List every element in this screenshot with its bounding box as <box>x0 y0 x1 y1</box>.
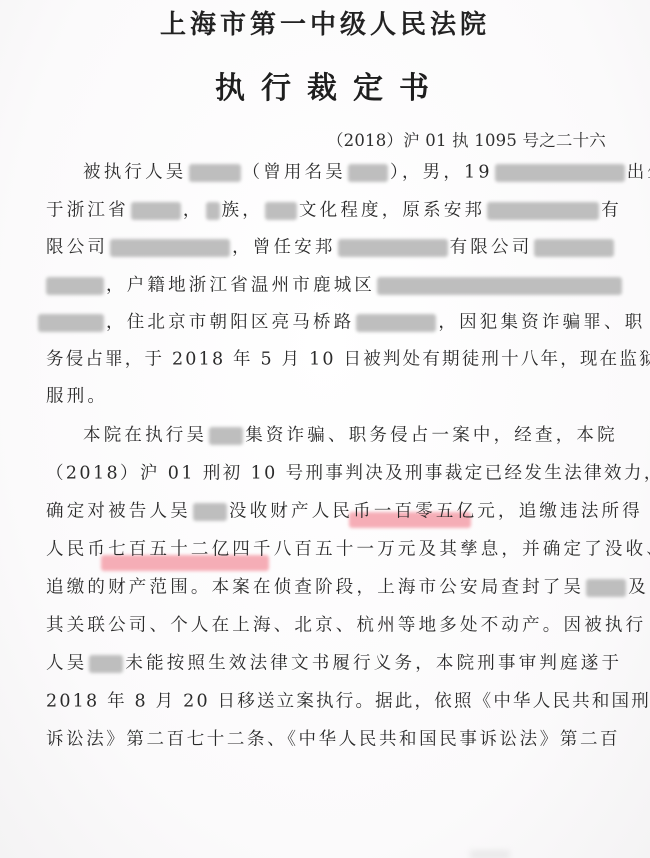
scan-smudge <box>470 850 510 858</box>
text-segment: ，住北京市朝阳区亮马桥路 <box>106 313 354 333</box>
body-line: 被执行人吴（曾用名吴），男，19出生 <box>46 157 612 187</box>
body-line: 其关联公司、个人在上海、北京、杭州等地多处不动产。因被执行 <box>46 610 612 640</box>
text-segment: 限公司 <box>46 238 108 258</box>
case-number: （2018）沪 01 执 1095 号之二十六 <box>306 127 606 151</box>
body-line: 务侵占罪，于 2018 年 5 月 10 日被判处有期徒刑十八年，现在监狱 <box>46 344 612 374</box>
text-segment: （曾用名吴 <box>243 163 347 183</box>
redaction-block <box>377 277 622 295</box>
text-segment: 人民币 <box>46 540 108 560</box>
redaction-block <box>189 164 241 182</box>
body-line: 诉讼法》第二百七十二条、《中华人民共和国民事诉讼法》第二百 <box>46 724 612 754</box>
text-segment: 人吴 <box>46 654 87 674</box>
text-segment: 追缴的财产范围。本案在侦查阶段，上海市公安局查封了吴 <box>46 578 584 598</box>
text-segment: 文化程度，原系安邦 <box>299 201 485 221</box>
text-segment: 有 <box>601 201 622 221</box>
redaction-block <box>534 239 614 257</box>
text-segment: 集资诈骗、职务侵占一案中，经查，本院 <box>245 426 618 446</box>
text-segment: 务侵占罪，于 2018 年 5 月 10 日被判处有期徒刑十八年，现在监狱 <box>46 350 650 370</box>
text-segment: （2018）沪 01 刑初 10 号刑事判决及刑事裁定已经发生法律效力， <box>46 464 650 484</box>
court-name: 上海市第一中级人民法院 <box>0 4 650 41</box>
text-segment: 其关联公司、个人在上海、北京、杭州等地多处不动产。因被执行 <box>46 616 646 636</box>
text-segment: ， <box>183 201 204 221</box>
body-line: 确定对被告人吴没收财产人民币一百零五亿元，追缴违法所得 <box>46 496 612 526</box>
text-segment: 被执行人吴 <box>83 163 187 183</box>
highlighted-amount-illegal-gains: 七百五十二亿四千八 <box>108 540 294 560</box>
text-segment: 诉讼法》第二百七十二条、《中华人民共和国民事诉讼法》第二百 <box>46 730 620 750</box>
text-segment: 及 <box>628 578 649 598</box>
redaction-block <box>586 579 626 597</box>
redaction-block <box>356 314 436 332</box>
body-line: 追缴的财产范围。本案在侦查阶段，上海市公安局查封了吴及 <box>46 572 612 602</box>
redaction-block <box>193 503 227 521</box>
redaction-block <box>348 164 388 182</box>
document-page: 上海市第一中级人民法院 执行裁定书 （2018）沪 01 执 1095 号之二十… <box>0 0 650 858</box>
text-segment: 有限公司 <box>450 238 533 258</box>
document-title: 执行裁定书 <box>0 63 650 107</box>
body-line: 限公司，曾任安邦有限公司 <box>46 232 612 262</box>
redaction-block <box>206 202 220 220</box>
text-segment: 于浙江省 <box>46 201 129 221</box>
body-line: 人民币七百五十二亿四千八百五十一万元及其孳息，并确定了没收、 <box>46 534 612 564</box>
redaction-block <box>110 239 230 257</box>
body-line: 本院在执行吴集资诈骗、职务侵占一案中，经查，本院 <box>46 420 612 450</box>
text-segment: 确定对被告人吴 <box>46 502 191 522</box>
body-line: 于浙江省，族，文化程度，原系安邦有 <box>46 195 612 225</box>
body-line: 人吴未能按照生效法律文书履行义务，本院刑事审判庭遂于 <box>46 648 612 678</box>
body-line: ，户籍地浙江省温州市鹿城区 <box>46 270 612 300</box>
redaction-block <box>131 202 181 220</box>
redaction-block <box>46 277 104 295</box>
text-segment: 族， <box>222 201 263 221</box>
text-segment: ，因犯集资诈骗罪、职 <box>438 313 645 333</box>
text-segment: ），男，19 <box>390 163 493 183</box>
redaction-block <box>38 314 104 332</box>
text-segment: 出生 <box>627 163 650 183</box>
text-segment: 百五十一万元及其孳息，并确定了没收、 <box>294 540 650 560</box>
text-segment: ，曾任安邦 <box>232 238 336 258</box>
highlighted-amount-confiscation: 一百零五亿元 <box>374 502 498 522</box>
redaction-block <box>338 239 448 257</box>
text-segment: 2018 年 8 月 20 日移送立案执行。据此，依照《中华人民共和国刑事 <box>46 692 650 712</box>
body-line: 2018 年 8 月 20 日移送立案执行。据此，依照《中华人民共和国刑事 <box>46 686 612 716</box>
body-line: （2018）沪 01 刑初 10 号刑事判决及刑事裁定已经发生法律效力， <box>46 458 612 488</box>
body-line: 服刑。 <box>46 381 612 411</box>
text-segment: 服刑。 <box>46 387 108 407</box>
redaction-block <box>89 655 123 673</box>
redaction-block <box>209 427 243 445</box>
redaction-block <box>487 202 599 220</box>
text-segment: 未能按照生效法律文书履行义务，本院刑事审判庭遂于 <box>125 654 622 674</box>
text-segment: 本院在执行吴 <box>83 426 207 446</box>
text-segment: ，追缴违法所得 <box>498 502 643 522</box>
redaction-block <box>265 202 297 220</box>
text-segment: ，户籍地浙江省温州市鹿城区 <box>106 276 375 296</box>
redaction-block <box>495 164 625 182</box>
body-line: ，住北京市朝阳区亮马桥路，因犯集资诈骗罪、职 <box>38 307 604 337</box>
text-segment: 没收财产人民币 <box>229 502 374 522</box>
